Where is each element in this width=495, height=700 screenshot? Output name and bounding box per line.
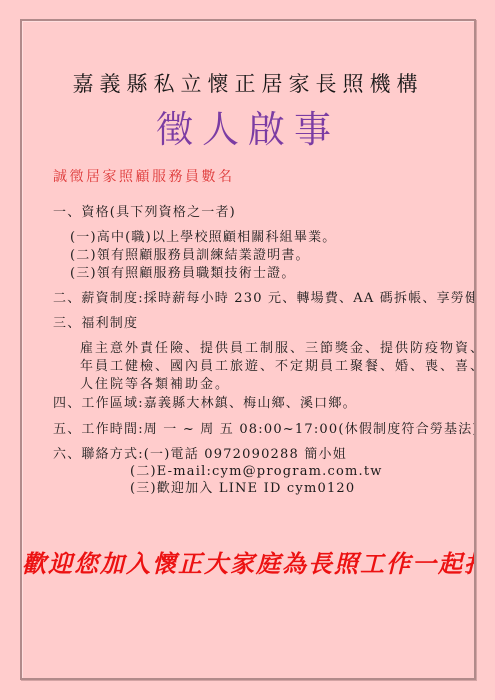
contact-line-id: (三)歡迎加入 LINE ID cym0120 <box>130 480 474 497</box>
qualification-item-1: (一)高中(職)以上學校照顧相關科組畢業。 <box>70 229 474 247</box>
welfare-line-3: 人住院等各類補助金。 <box>80 376 474 394</box>
section-work-area: 四、工作區域:嘉義縣大林鎮、梅山鄉、溪口鄉。 <box>53 395 474 412</box>
qualification-item-2: (二)領有照顧服務員訓練結業證明書。 <box>70 247 474 265</box>
section-qualification-heading: 一、資格(具下列資格之一者) <box>53 204 474 221</box>
section-contact-heading: 六、聯絡方式:(一)電話 0972090288 簡小姐 <box>53 446 474 463</box>
organization-name: 嘉義縣私立懷正居家長照機構 <box>22 71 474 97</box>
poster-content: 嘉義縣私立懷正居家長照機構 徵人啟事 誠徵居家照顧服務員數名 一、資格(具下列資… <box>22 21 474 678</box>
section-welfare-heading: 三、福利制度 <box>53 315 474 332</box>
section-work-hours: 五、工作時間:周 一 ~ 周 五 08:00~17:00(休假制度符合勞基法) <box>53 421 474 438</box>
section-salary: 二、薪資制度:採時薪每小時 230 元、轉場費、AA 碼拆帳、享勞健保。 <box>53 290 474 307</box>
welfare-line-2: 年員工健檢、國內員工旅遊、不定期員工聚餐、婚、喪、喜、本 <box>80 358 474 376</box>
contact-email: (二)E-mail:cym@program.com.tw <box>130 463 474 480</box>
welcome-slogan: 歡迎您加入懷正大家庭為長照工作一起打拼 <box>22 549 474 579</box>
welfare-line-1: 雇主意外責任險、提供員工制服、三節獎金、提供防疫物資、每 <box>80 340 474 358</box>
poster-border-frame: 嘉義縣私立懷正居家長照機構 徵人啟事 誠徵居家照顧服務員數名 一、資格(具下列資… <box>20 19 476 680</box>
qualification-item-3: (三)領有照顧服務員職類技術士證。 <box>70 265 474 283</box>
poster-title: 徵人啟事 <box>22 109 474 151</box>
recruit-heading: 誠徵居家照顧服務員數名 <box>53 168 474 187</box>
